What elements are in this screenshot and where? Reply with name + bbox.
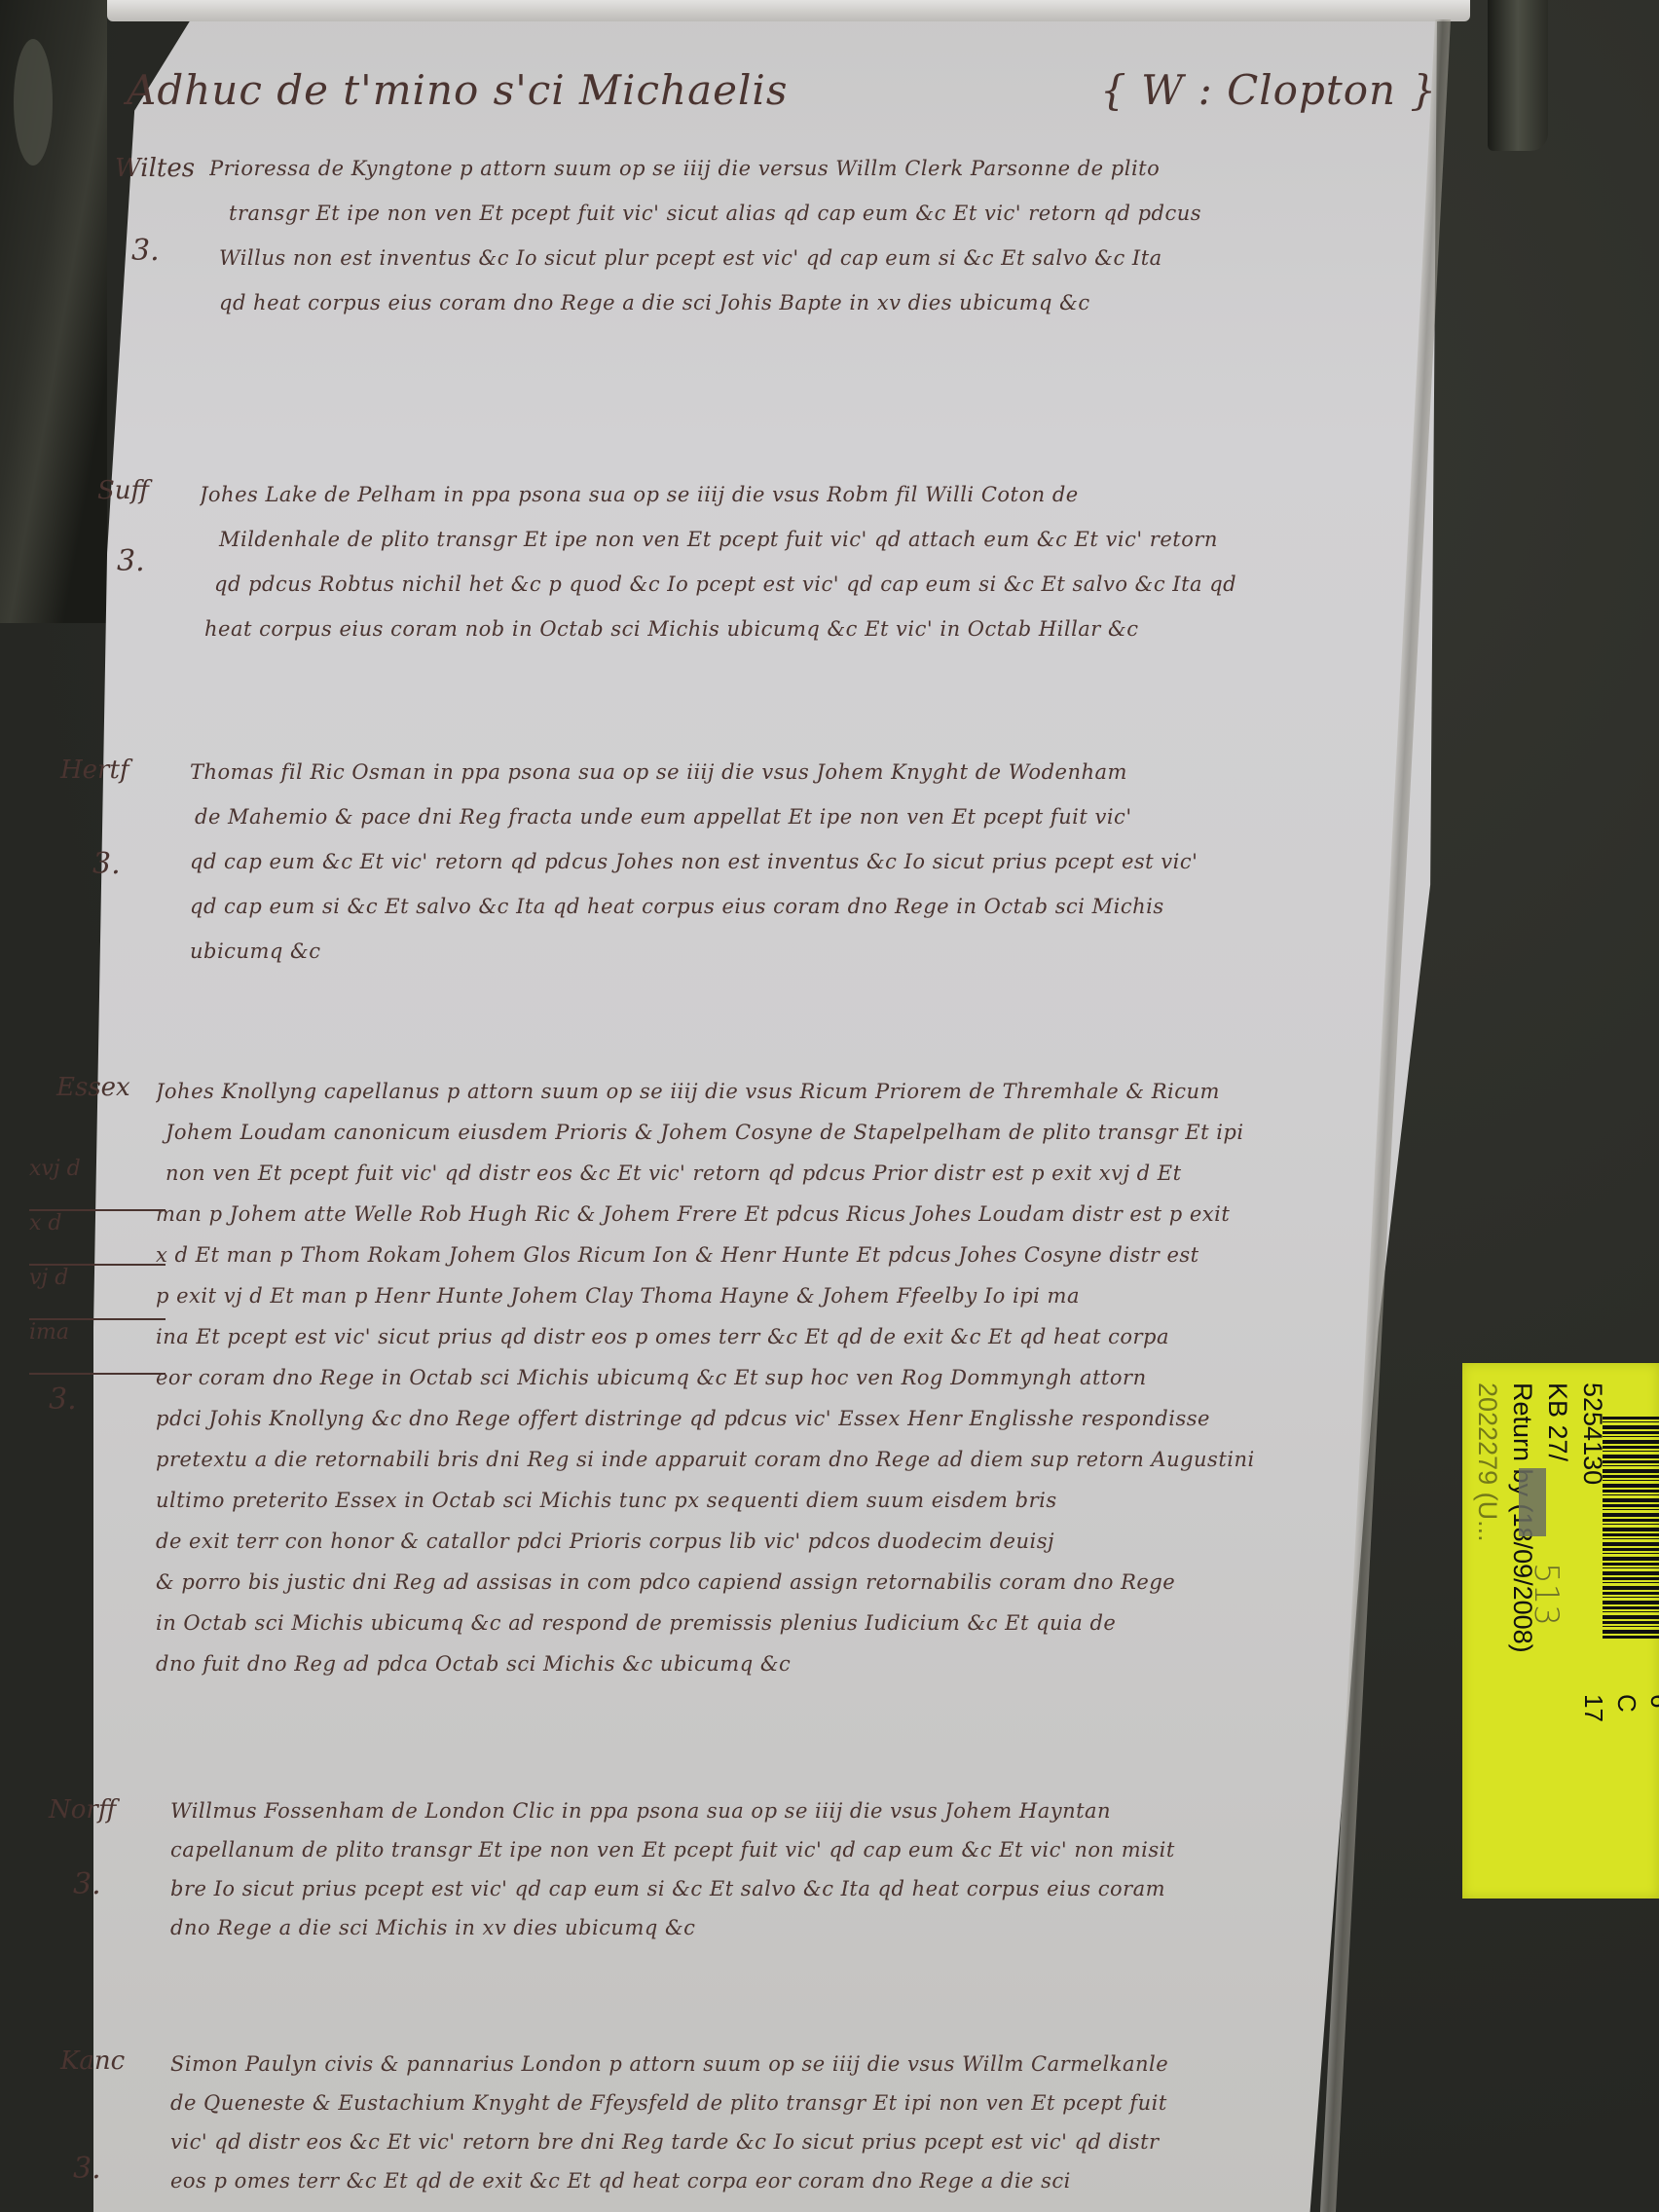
partial-line: 2022279 (U... [1470,1382,1505,1653]
text-line: bre Io sicut prius pcept est vic' qd cap… [170,1869,1175,1908]
text-line: eor coram dno Rege in Octab sci Michis u… [156,1357,1255,1398]
text-line: dno Rege a die sci Michis in xv dies ubi… [170,1908,1175,1947]
text-line: de Mahemio & pace dni Reg fracta unde eu… [190,794,1198,839]
text-line: transgr Et ipe non ven Et pcept fuit vic… [209,191,1201,236]
county-label: Wiltes [115,154,195,183]
right-fold-strip [1488,0,1548,151]
marginal-marker: 3. [49,1382,77,1417]
text-line: & porro bis justic dni Reg ad assisas in… [156,1562,1255,1603]
text-line: Willmus Fossenham de London Clic in ppa … [170,1791,1175,1830]
text-line: qd cap eum si &c Et salvo &c Ita qd heat… [190,884,1198,929]
entry-text: Prioressa de Kyngtone p attorn suum op s… [209,146,1201,325]
obscured-smudge [1519,1468,1546,1536]
text-line: capellanum de plito transgr Et ipe non v… [170,1830,1175,1869]
text-line: pdci Johis Knollyng &c dno Rege offert d… [156,1398,1255,1439]
text-line: Prioressa de Kyngtone p attorn suum op s… [209,146,1201,191]
text-line: Mildenhale de plito transgr Et ipe non v… [200,517,1236,562]
location-code: 17 [1577,1694,1610,1722]
text-line: pretextu a die retornabili bris dni Reg … [156,1439,1255,1480]
county-label: Norff [49,1795,116,1825]
county-label: Essex [56,1073,130,1102]
location-code: C [1610,1694,1643,1722]
text-line: x d Et man p Thom Rokam Johem Glos Ricum… [156,1235,1255,1275]
location-code: 6 [1643,1694,1659,1722]
text-line: non ven Et pcept fuit vic' qd distr eos … [156,1153,1255,1194]
struck-marginal-notes: xvj d x d vj d ima [29,1157,166,1375]
marginal-marker: 3. [117,544,145,578]
text-line: eos p omes terr &c Et qd de exit &c Et q… [170,2161,1168,2200]
text-line: heat corpus eius coram nob in Octab sci … [200,607,1236,651]
text-line: vic' qd distr eos &c Et vic' retorn bre … [170,2122,1168,2161]
entry-text: Johes Knollyng capellanus p attorn suum … [156,1071,1255,1684]
roll-heading: Adhuc de t'mino s'ci Michaelis [127,66,788,114]
text-line: qd cap eum &c Et vic' retorn qd pdcus Jo… [190,839,1198,884]
text-line: Johem Loudam canonicum eiusdem Prioris &… [156,1112,1255,1153]
text-line: Johes Knollyng capellanus p attorn suum … [156,1071,1255,1112]
county-label: Kanc [60,2046,125,2076]
barcode-icon [1603,1417,1659,1641]
left-fold-shadow [0,0,107,623]
marginal-marker: 3. [131,234,160,268]
text-line: Willus non est inventus &c Io sicut plur… [209,236,1201,280]
text-line: Thomas fil Ric Osman in ppa psona sua op… [190,750,1198,794]
text-line: qd heat corpus eius coram dno Rege a die… [209,280,1201,325]
marginal-marker: 3. [73,1867,101,1901]
text-line: de exit terr con honor & catallor pdci P… [156,1521,1255,1562]
text-line: in Octab sci Michis ubicumq &c ad respon… [156,1603,1255,1643]
roll-top-edge [107,0,1470,21]
entry-text: Willmus Fossenham de London Clic in ppa … [170,1791,1175,1947]
text-line: dno fuit dno Reg ad pdca Octab sci Michi… [156,1643,1255,1684]
county-label: Suff [97,476,149,505]
entry-text: Thomas fil Ric Osman in ppa psona sua op… [190,750,1198,974]
text-line: man p Johem atte Welle Rob Hugh Ric & Jo… [156,1194,1255,1235]
text-line: ultimo preterito Essex in Octab sci Mich… [156,1480,1255,1521]
text-line: ubicumq &c [190,929,1198,974]
marginal-marker: 3. [92,847,121,881]
struck-note: ima [29,1320,166,1375]
marginal-marker: 3. [73,2152,101,2186]
fold-flap [14,39,53,166]
text-line: de Queneste & Eustachium Knyght de Ffeys… [170,2083,1168,2122]
text-line: ina Et pcept est vic' sicut prius qd dis… [156,1316,1255,1357]
struck-note: vj d [29,1266,166,1320]
entry-text: Simon Paulyn civis & pannarius London p … [170,2045,1168,2200]
text-line: Johes Lake de Pelham in ppa psona sua op… [200,472,1236,517]
entry-text: Johes Lake de Pelham in ppa psona sua op… [200,472,1236,651]
location-codes: 6 C 17 [1577,1694,1659,1722]
text-line: Simon Paulyn civis & pannarius London p … [170,2045,1168,2083]
text-line: p exit vj d Et man p Henr Hunte Johem Cl… [156,1275,1255,1316]
county-label: Hertf [60,756,129,785]
struck-note: x d [29,1211,166,1266]
struck-note: xvj d [29,1157,166,1211]
pencil-annotation: 513 [1527,1563,1566,1626]
text-line: qd pdcus Robtus nichil het &c p quod &c … [200,562,1236,607]
archive-label: 5254130 KB 27/ Return by (18/09/2008) 20… [1462,1363,1659,1899]
attorney-heading: { W : Clopton } [1100,66,1437,114]
